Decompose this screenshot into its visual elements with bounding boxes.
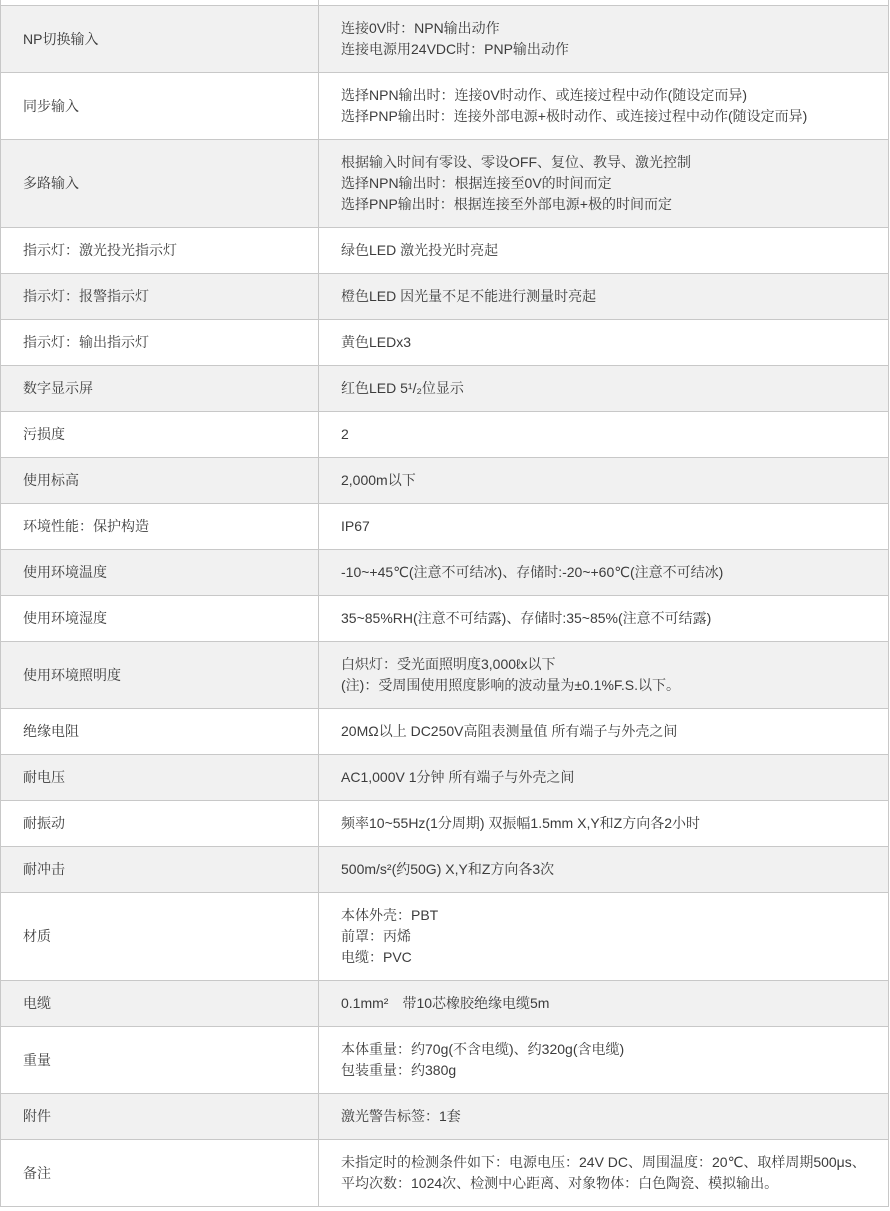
table-row: 材质 本体外壳：PBT前罩：丙烯电缆：PVC (1, 893, 888, 981)
spec-value-cell: 2,000m以下 (319, 458, 888, 503)
spec-label-cell: 使用标高 (1, 458, 319, 503)
spec-label: 使用环境湿度 (23, 608, 107, 629)
spec-value-cell: 本体重量：约70g(不含电缆)、约320g(含电缆)包装重量：约380g (319, 1027, 888, 1093)
spec-value-line: 绿色LED 激光投光时亮起 (341, 240, 872, 261)
spec-label: 电缆 (23, 993, 51, 1014)
spec-label: 使用环境温度 (23, 562, 107, 583)
spec-label-cell: 耐冲击 (1, 847, 319, 892)
spec-value-line: 包装重量：约380g (341, 1060, 872, 1081)
spec-label-cell: 耐电压 (1, 755, 319, 800)
spec-value-cell: 未指定时的检测条件如下：电源电压：24V DC、周围温度：20℃、取样周期500… (319, 1140, 888, 1206)
table-row: 指示灯：输出指示灯 黄色LEDx3 (1, 320, 888, 366)
spec-value-cell: 2 (319, 412, 888, 457)
spec-value-line: 选择NPN输出时：根据连接至0V的时间而定 (341, 173, 872, 194)
table-row: 数字显示屏 红色LED 5¹/₂位显示 (1, 366, 888, 412)
spec-value-line: 橙色LED 因光量不足不能进行测量时亮起 (341, 286, 872, 307)
spec-label-cell: 使用环境湿度 (1, 596, 319, 641)
partial-label-cell (1, 0, 319, 5)
spec-label-cell: 环境性能：保护构造 (1, 504, 319, 549)
spec-value-line: 根据输入时间有零设、零设OFF、复位、教导、激光控制 (341, 152, 872, 173)
table-row: NP切换输入 连接0V时：NPN输出动作连接电源用24VDC时：PNP输出动作 (1, 6, 888, 73)
spec-label-cell: 耐振动 (1, 801, 319, 846)
spec-label: 耐电压 (23, 767, 65, 788)
spec-label: 多路输入 (23, 173, 79, 194)
spec-value-line: 频率10~55Hz(1分周期) 双振幅1.5mm X,Y和Z方向各2小时 (341, 813, 872, 834)
spec-value-line: 本体重量：约70g(不含电缆)、约320g(含电缆) (341, 1039, 872, 1060)
table-row: 使用标高 2,000m以下 (1, 458, 888, 504)
spec-label-cell: 指示灯：报警指示灯 (1, 274, 319, 319)
spec-label-cell: 附件 (1, 1094, 319, 1139)
spec-value-cell: IP67 (319, 504, 888, 549)
spec-label: 耐冲击 (23, 859, 65, 880)
spec-label-cell: 材质 (1, 893, 319, 980)
spec-label: 绝缘电阻 (23, 721, 79, 742)
table-row: 同步输入 选择NPN输出时：连接0V时动作、或连接过程中动作(随设定而异)选择P… (1, 73, 888, 140)
table-row: 环境性能：保护构造 IP67 (1, 504, 888, 550)
table-row: 指示灯：报警指示灯 橙色LED 因光量不足不能进行测量时亮起 (1, 274, 888, 320)
spec-value-line: 本体外壳：PBT (341, 905, 872, 926)
spec-value-line: 0.1mm² 带10芯橡胶绝缘电缆5m (341, 993, 872, 1014)
spec-value-line: 连接电源用24VDC时：PNP输出动作 (341, 39, 872, 60)
spec-value-cell: 500m/s²(约50G) X,Y和Z方向各3次 (319, 847, 888, 892)
page: NP切换输入 连接0V时：NPN输出动作连接电源用24VDC时：PNP输出动作 … (0, 0, 890, 1207)
spec-value-line: 电缆：PVC (341, 947, 872, 968)
spec-label: 使用环境照明度 (23, 665, 121, 686)
table-row: 指示灯：激光投光指示灯 绿色LED 激光投光时亮起 (1, 228, 888, 274)
spec-label: NP切换输入 (23, 29, 98, 50)
spec-value-line: 选择PNP输出时：连接外部电源+极时动作、或连接过程中动作(随设定而异) (341, 106, 872, 127)
spec-value-line: 黄色LEDx3 (341, 332, 872, 353)
spec-label: 备注 (23, 1163, 51, 1184)
spec-table: NP切换输入 连接0V时：NPN输出动作连接电源用24VDC时：PNP输出动作 … (0, 0, 889, 1207)
spec-label-cell: 指示灯：激光投光指示灯 (1, 228, 319, 273)
table-row: 绝缘电阻 20MΩ以上 DC250V高阻表测量值 所有端子与外壳之间 (1, 709, 888, 755)
spec-value-line: -10~+45℃(注意不可结冰)、存储时:-20~+60℃(注意不可结冰) (341, 562, 872, 583)
spec-label-cell: 多路输入 (1, 140, 319, 227)
table-row: 耐冲击 500m/s²(约50G) X,Y和Z方向各3次 (1, 847, 888, 893)
spec-value-cell: 频率10~55Hz(1分周期) 双振幅1.5mm X,Y和Z方向各2小时 (319, 801, 888, 846)
spec-value-cell: 35~85%RH(注意不可结露)、存储时:35~85%(注意不可结露) (319, 596, 888, 641)
table-row: 电缆 0.1mm² 带10芯橡胶绝缘电缆5m (1, 981, 888, 1027)
spec-label: 耐振动 (23, 813, 65, 834)
spec-label: 指示灯：输出指示灯 (23, 332, 149, 353)
spec-value-cell: 白炽灯：受光面照明度3,000ℓx以下(注)：受周围使用照度影响的波动量为±0.… (319, 642, 888, 708)
spec-value-line: 20MΩ以上 DC250V高阻表测量值 所有端子与外壳之间 (341, 721, 872, 742)
spec-label-cell: 数字显示屏 (1, 366, 319, 411)
spec-label-cell: 电缆 (1, 981, 319, 1026)
spec-value-cell: AC1,000V 1分钟 所有端子与外壳之间 (319, 755, 888, 800)
spec-value-cell: 绿色LED 激光投光时亮起 (319, 228, 888, 273)
table-row: 耐振动 频率10~55Hz(1分周期) 双振幅1.5mm X,Y和Z方向各2小时 (1, 801, 888, 847)
spec-label: 指示灯：报警指示灯 (23, 286, 149, 307)
spec-label-cell: 同步输入 (1, 73, 319, 139)
spec-value-cell: 根据输入时间有零设、零设OFF、复位、教导、激光控制选择NPN输出时：根据连接至… (319, 140, 888, 227)
spec-label: 附件 (23, 1106, 51, 1127)
spec-value-cell: 连接0V时：NPN输出动作连接电源用24VDC时：PNP输出动作 (319, 6, 888, 72)
spec-value-line: 2,000m以下 (341, 470, 872, 491)
table-row: 使用环境温度 -10~+45℃(注意不可结冰)、存储时:-20~+60℃(注意不… (1, 550, 888, 596)
spec-value-line: 选择PNP输出时：根据连接至外部电源+极的时间而定 (341, 194, 872, 215)
spec-value-cell: 黄色LEDx3 (319, 320, 888, 365)
spec-value-cell: 0.1mm² 带10芯橡胶绝缘电缆5m (319, 981, 888, 1026)
spec-label: 材质 (23, 926, 51, 947)
spec-value-cell: 本体外壳：PBT前罩：丙烯电缆：PVC (319, 893, 888, 980)
partial-value-cell (319, 0, 888, 5)
spec-label: 环境性能：保护构造 (23, 516, 149, 537)
spec-value-line: 前罩：丙烯 (341, 926, 872, 947)
spec-value-cell: -10~+45℃(注意不可结冰)、存储时:-20~+60℃(注意不可结冰) (319, 550, 888, 595)
spec-value-cell: 选择NPN输出时：连接0V时动作、或连接过程中动作(随设定而异)选择PNP输出时… (319, 73, 888, 139)
spec-value-line: 未指定时的检测条件如下：电源电压：24V DC、周围温度：20℃、取样周期500… (341, 1152, 872, 1194)
spec-value-line: (注)：受周围使用照度影响的波动量为±0.1%F.S.以下。 (341, 675, 872, 696)
table-row: 使用环境照明度 白炽灯：受光面照明度3,000ℓx以下(注)：受周围使用照度影响… (1, 642, 888, 709)
spec-label-cell: 绝缘电阻 (1, 709, 319, 754)
spec-value-line: 35~85%RH(注意不可结露)、存储时:35~85%(注意不可结露) (341, 608, 872, 629)
table-row: 附件 激光警告标签：1套 (1, 1094, 888, 1140)
spec-value-line: 500m/s²(约50G) X,Y和Z方向各3次 (341, 859, 872, 880)
table-row: 重量 本体重量：约70g(不含电缆)、约320g(含电缆)包装重量：约380g (1, 1027, 888, 1094)
spec-value-line: IP67 (341, 516, 872, 537)
spec-value-cell: 红色LED 5¹/₂位显示 (319, 366, 888, 411)
spec-value-line: AC1,000V 1分钟 所有端子与外壳之间 (341, 767, 872, 788)
spec-label: 使用标高 (23, 470, 79, 491)
spec-value-line: 红色LED 5¹/₂位显示 (341, 378, 872, 399)
spec-value-line: 白炽灯：受光面照明度3,000ℓx以下 (341, 654, 872, 675)
table-row: 使用环境湿度 35~85%RH(注意不可结露)、存储时:35~85%(注意不可结… (1, 596, 888, 642)
spec-label: 数字显示屏 (23, 378, 93, 399)
spec-value-line: 2 (341, 424, 872, 445)
spec-label-cell: 重量 (1, 1027, 319, 1093)
spec-label: 重量 (23, 1050, 51, 1071)
spec-value-cell: 橙色LED 因光量不足不能进行测量时亮起 (319, 274, 888, 319)
spec-label: 指示灯：激光投光指示灯 (23, 240, 177, 261)
spec-label-cell: 使用环境照明度 (1, 642, 319, 708)
spec-label-cell: NP切换输入 (1, 6, 319, 72)
spec-label-cell: 污损度 (1, 412, 319, 457)
spec-value-line: 激光警告标签：1套 (341, 1106, 872, 1127)
spec-label-cell: 使用环境温度 (1, 550, 319, 595)
spec-value-line: 连接0V时：NPN输出动作 (341, 18, 872, 39)
spec-value-cell: 20MΩ以上 DC250V高阻表测量值 所有端子与外壳之间 (319, 709, 888, 754)
table-row: 耐电压 AC1,000V 1分钟 所有端子与外壳之间 (1, 755, 888, 801)
table-row: 备注 未指定时的检测条件如下：电源电压：24V DC、周围温度：20℃、取样周期… (1, 1140, 888, 1207)
spec-value-line: 选择NPN输出时：连接0V时动作、或连接过程中动作(随设定而异) (341, 85, 872, 106)
table-row: 污损度 2 (1, 412, 888, 458)
spec-label-cell: 备注 (1, 1140, 319, 1206)
table-row: 多路输入 根据输入时间有零设、零设OFF、复位、教导、激光控制选择NPN输出时：… (1, 140, 888, 228)
spec-value-cell: 激光警告标签：1套 (319, 1094, 888, 1139)
spec-label-cell: 指示灯：输出指示灯 (1, 320, 319, 365)
spec-label: 同步输入 (23, 96, 79, 117)
spec-label: 污损度 (23, 424, 65, 445)
